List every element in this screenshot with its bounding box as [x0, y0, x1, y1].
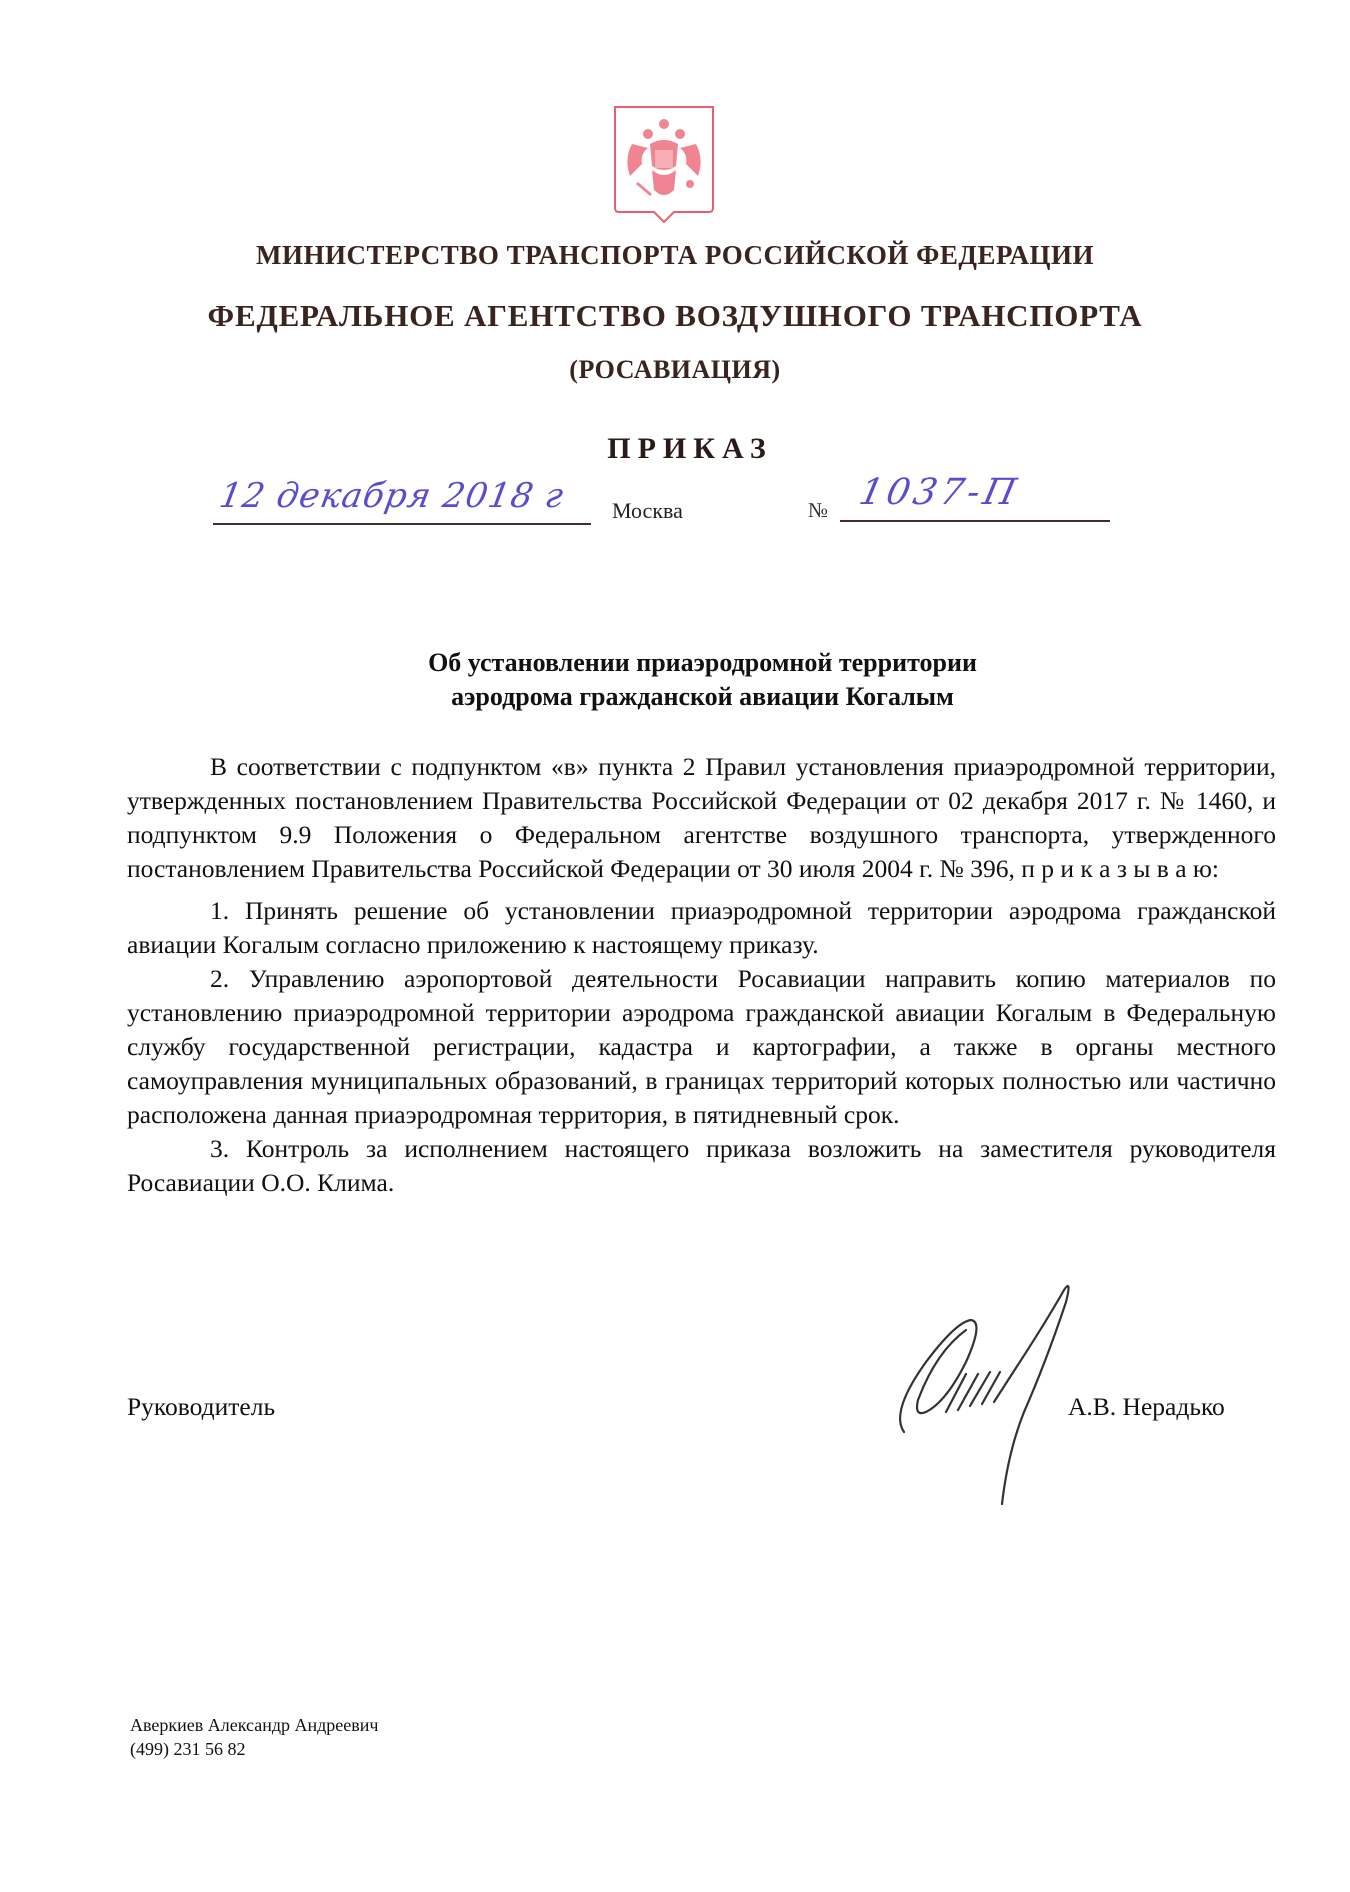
executor-phone: (499) 231 56 82 [130, 1737, 378, 1761]
order-city: Москва [612, 498, 683, 524]
ministry-title: МИНИСТЕРСТВО ТРАНСПОРТА РОССИЙСКОЙ ФЕДЕР… [0, 240, 1350, 271]
number-underline [840, 520, 1110, 522]
order-number-handwritten: 1037-П [856, 472, 1024, 513]
order-body: В соответствии с подпунктом «в» пункта 2… [127, 750, 1276, 1200]
order-date-handwritten: 12 декабря 2018 г [216, 476, 567, 516]
order-title: ПРИКАЗ [0, 432, 1350, 466]
executor-info: Аверкиев Александр Андреевич (499) 231 5… [130, 1713, 378, 1761]
subject-line-1: Об установлении приаэродромной территори… [55, 646, 1350, 680]
coat-of-arms-emblem-icon [612, 104, 716, 226]
number-sign: № [808, 498, 828, 523]
order-subject: Об установлении приаэродромной территори… [0, 646, 1350, 714]
order-item-1: 1. Принять решение об установлении приаэ… [127, 894, 1276, 962]
subject-line-2: аэродрома гражданской авиации Когалым [55, 680, 1350, 714]
order-item-2: 2. Управлению аэропортовой деятельности … [127, 962, 1276, 1132]
preamble-paragraph: В соответствии с подпунктом «в» пункта 2… [127, 750, 1276, 886]
agency-short-title: (РОСАВИАЦИЯ) [0, 355, 1350, 385]
agency-title: ФЕДЕРАЛЬНОЕ АГЕНТСТВО ВОЗДУШНОГО ТРАНСПО… [0, 298, 1350, 334]
date-underline [213, 523, 591, 525]
handwritten-signature-icon [896, 1282, 1096, 1512]
signer-role: Руководитель [127, 1392, 275, 1422]
signer-name: А.В. Нерадько [1068, 1392, 1225, 1422]
executor-name: Аверкиев Александр Андреевич [130, 1713, 378, 1737]
order-item-3: 3. Контроль за исполнением настоящего пр… [127, 1132, 1276, 1200]
